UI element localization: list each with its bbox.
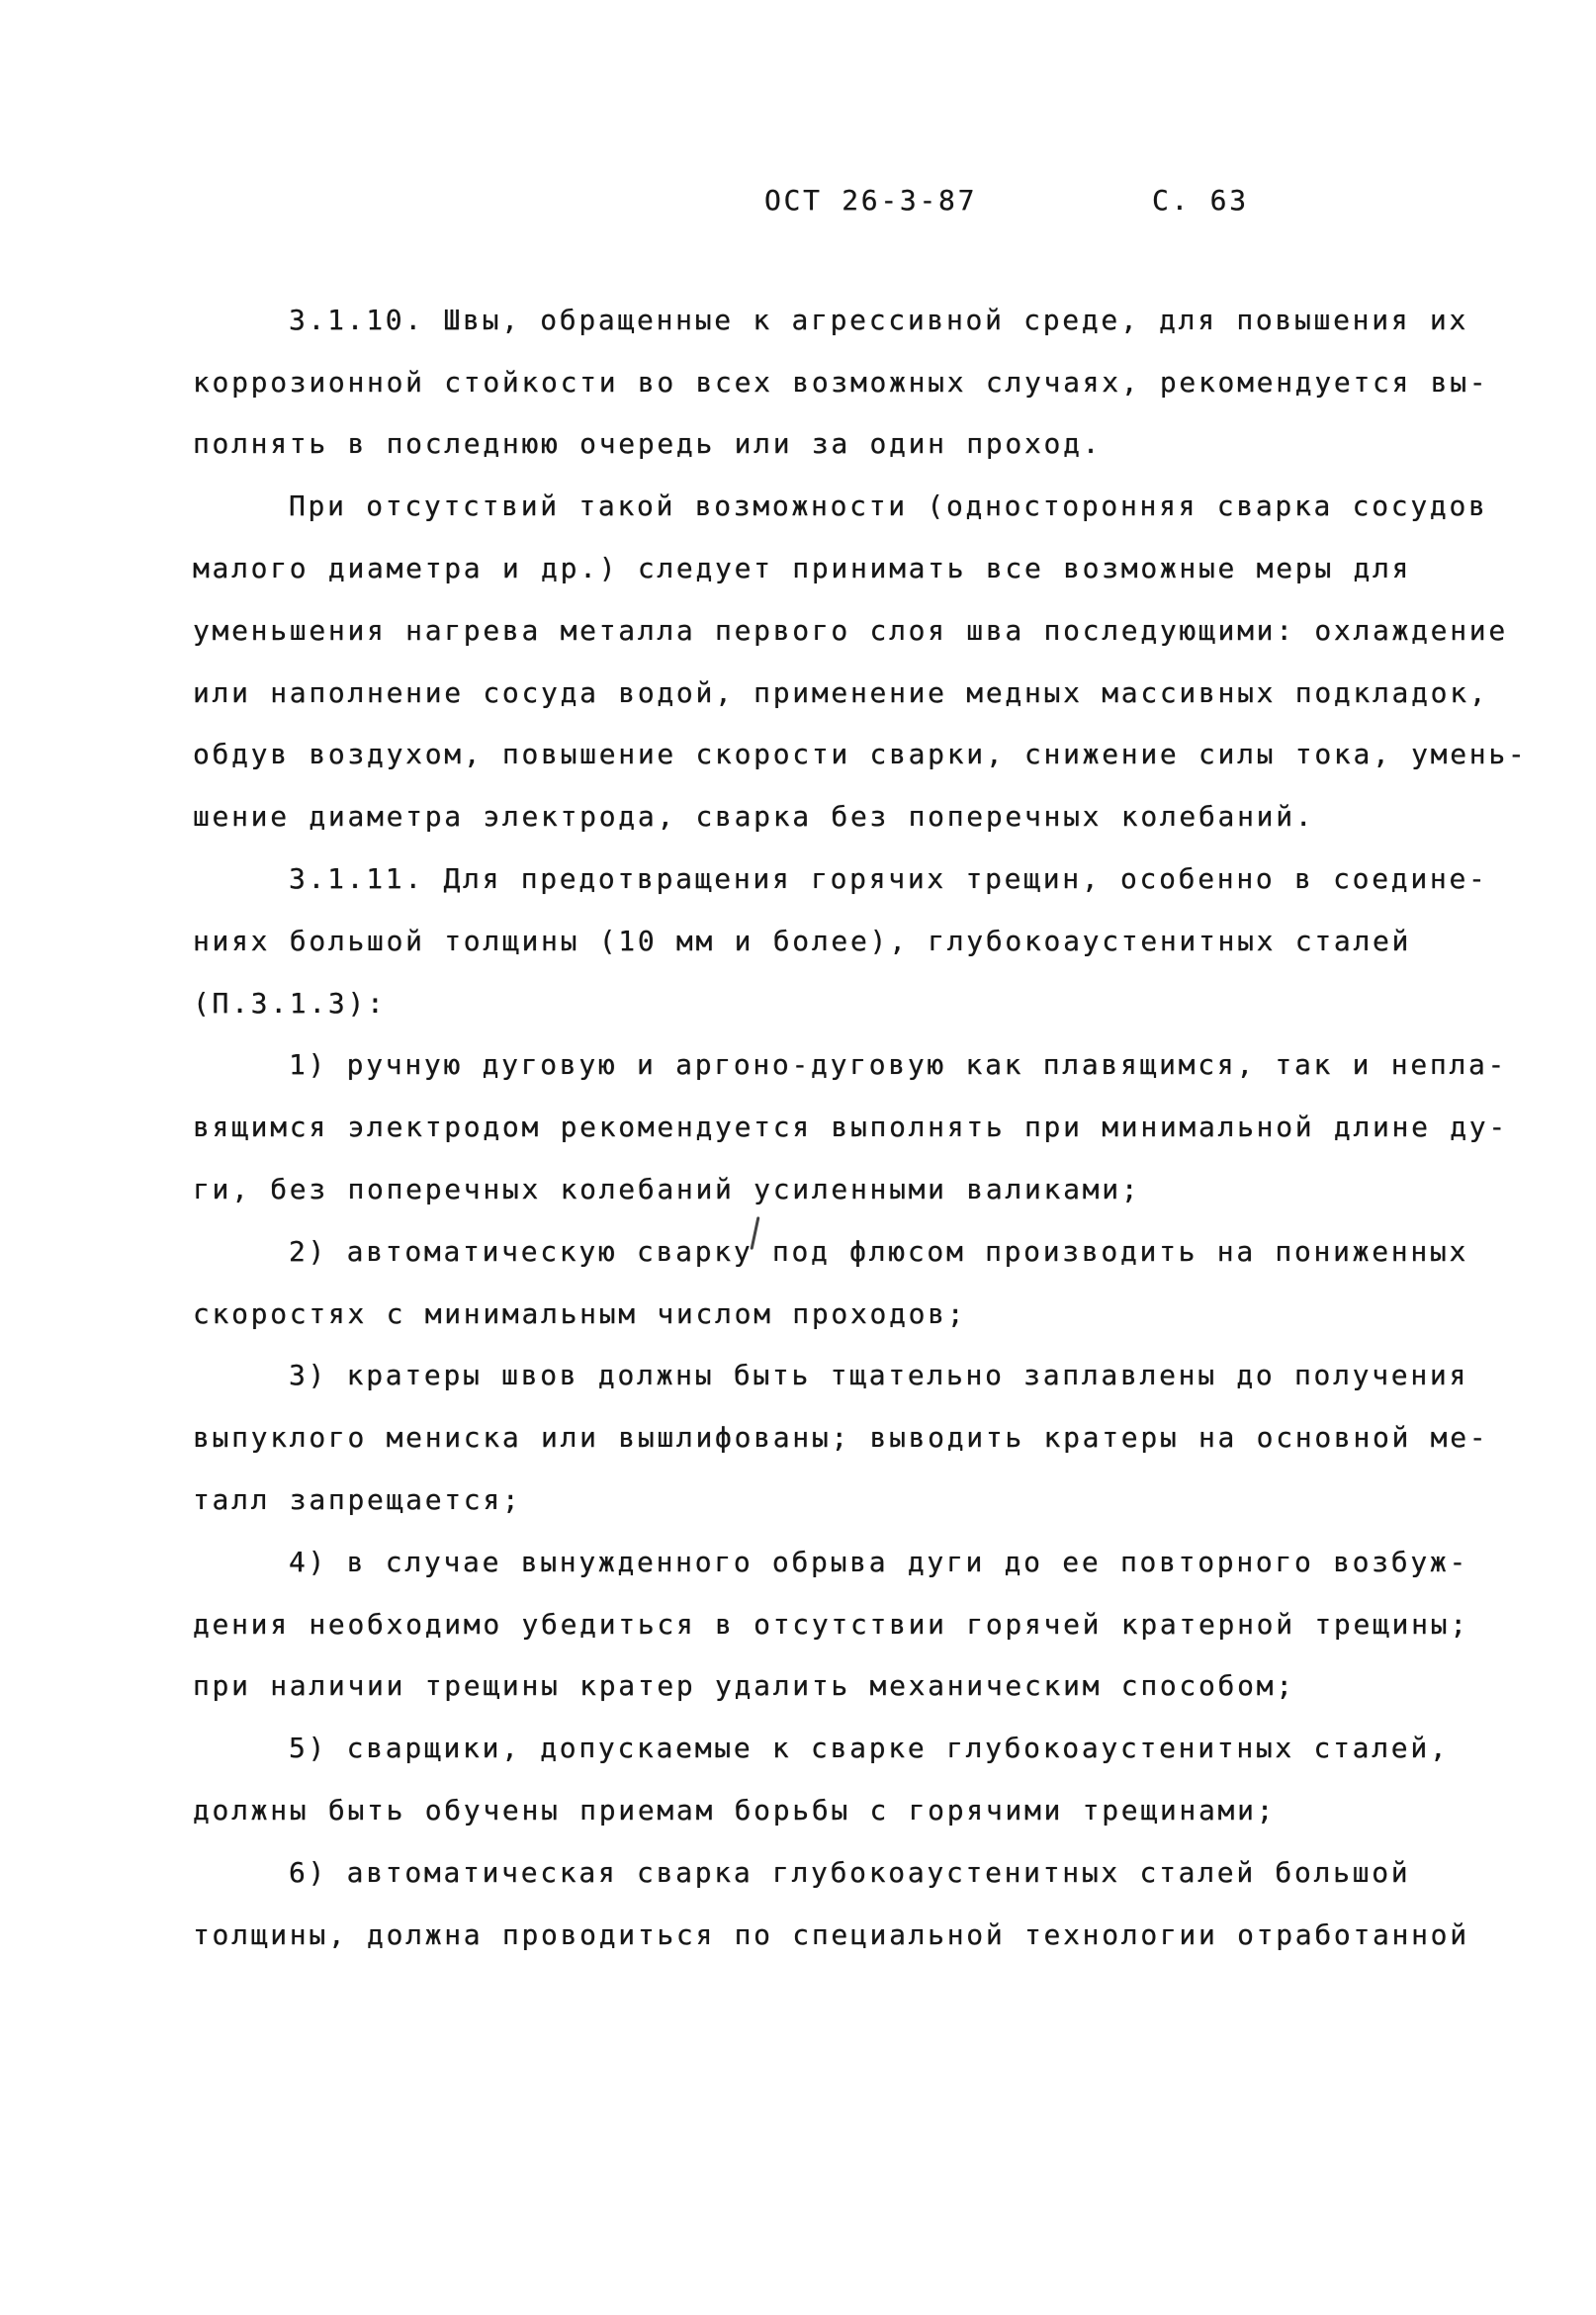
text-line: 5) сварщики, допускаемые к сварке глубок… bbox=[193, 1717, 1508, 1779]
text-line: 6) автоматическая сварка глубокоаустенит… bbox=[193, 1841, 1508, 1904]
text-line: 2) автоматическую сварку под флюсом прои… bbox=[193, 1220, 1508, 1283]
text-line: обдув воздухом, повышение скорости сварк… bbox=[193, 724, 1508, 786]
text-line: дения необходимо убедиться в отсутствии … bbox=[193, 1593, 1508, 1655]
text-line: (П.3.1.3): bbox=[193, 972, 1508, 1034]
text-line: вящимся электродом рекомендуется выполня… bbox=[193, 1096, 1508, 1158]
text-line: При отсутствий такой возможности (одност… bbox=[193, 475, 1508, 537]
text-line: при наличии трещины кратер удалить механ… bbox=[193, 1655, 1508, 1718]
text-line: шение диаметра электрода, сварка без поп… bbox=[193, 785, 1508, 847]
text-line: или наполнение сосуда водой, применение … bbox=[193, 662, 1508, 724]
text-line: ниях большой толщины (10 мм и более), гл… bbox=[193, 910, 1508, 972]
text-line: должны быть обучены приемам борьбы с гор… bbox=[193, 1779, 1508, 1841]
text-line: выпуклого мениска или вышлифованы; вывод… bbox=[193, 1406, 1508, 1469]
text-line: уменьшения нагрева металла первого слоя … bbox=[193, 599, 1508, 662]
text-line: полнять в последнюю очередь или за один … bbox=[193, 413, 1508, 476]
scanned-document-page: ОСТ 26-3-87 С. 63 3.1.10. Швы, обращенны… bbox=[0, 0, 1596, 2315]
text-line: 3.1.10. Швы, обращенные к агрессивной ср… bbox=[193, 289, 1508, 351]
text-line: толщины, должна проводиться по специальн… bbox=[193, 1904, 1508, 1966]
text-line: малого диаметра и др.) следует принимать… bbox=[193, 537, 1508, 599]
text-line: 3) кратеры швов должны быть тщательно за… bbox=[193, 1345, 1508, 1407]
page-number-label: С. 63 bbox=[1152, 184, 1249, 217]
document-body: 3.1.10. Швы, обращенные к агрессивной ср… bbox=[193, 289, 1508, 1966]
text-line: талл запрещается; bbox=[193, 1469, 1508, 1531]
text-line: скоростях с минимальным числом проходов; bbox=[193, 1283, 1508, 1345]
text-line: ги, без поперечных колебаний усиленными … bbox=[193, 1158, 1508, 1220]
text-line: 1) ручную дуговую и аргоно-дуговую как п… bbox=[193, 1034, 1508, 1097]
text-line: 4) в случае вынужденного обрыва дуги до … bbox=[193, 1531, 1508, 1593]
document-standard-number: ОСТ 26-3-87 bbox=[764, 184, 977, 217]
text-line: 3.1.11. Для предотвращения горячих трещи… bbox=[193, 847, 1508, 910]
text-line: коррозионной стойкости во всех возможных… bbox=[193, 351, 1508, 413]
